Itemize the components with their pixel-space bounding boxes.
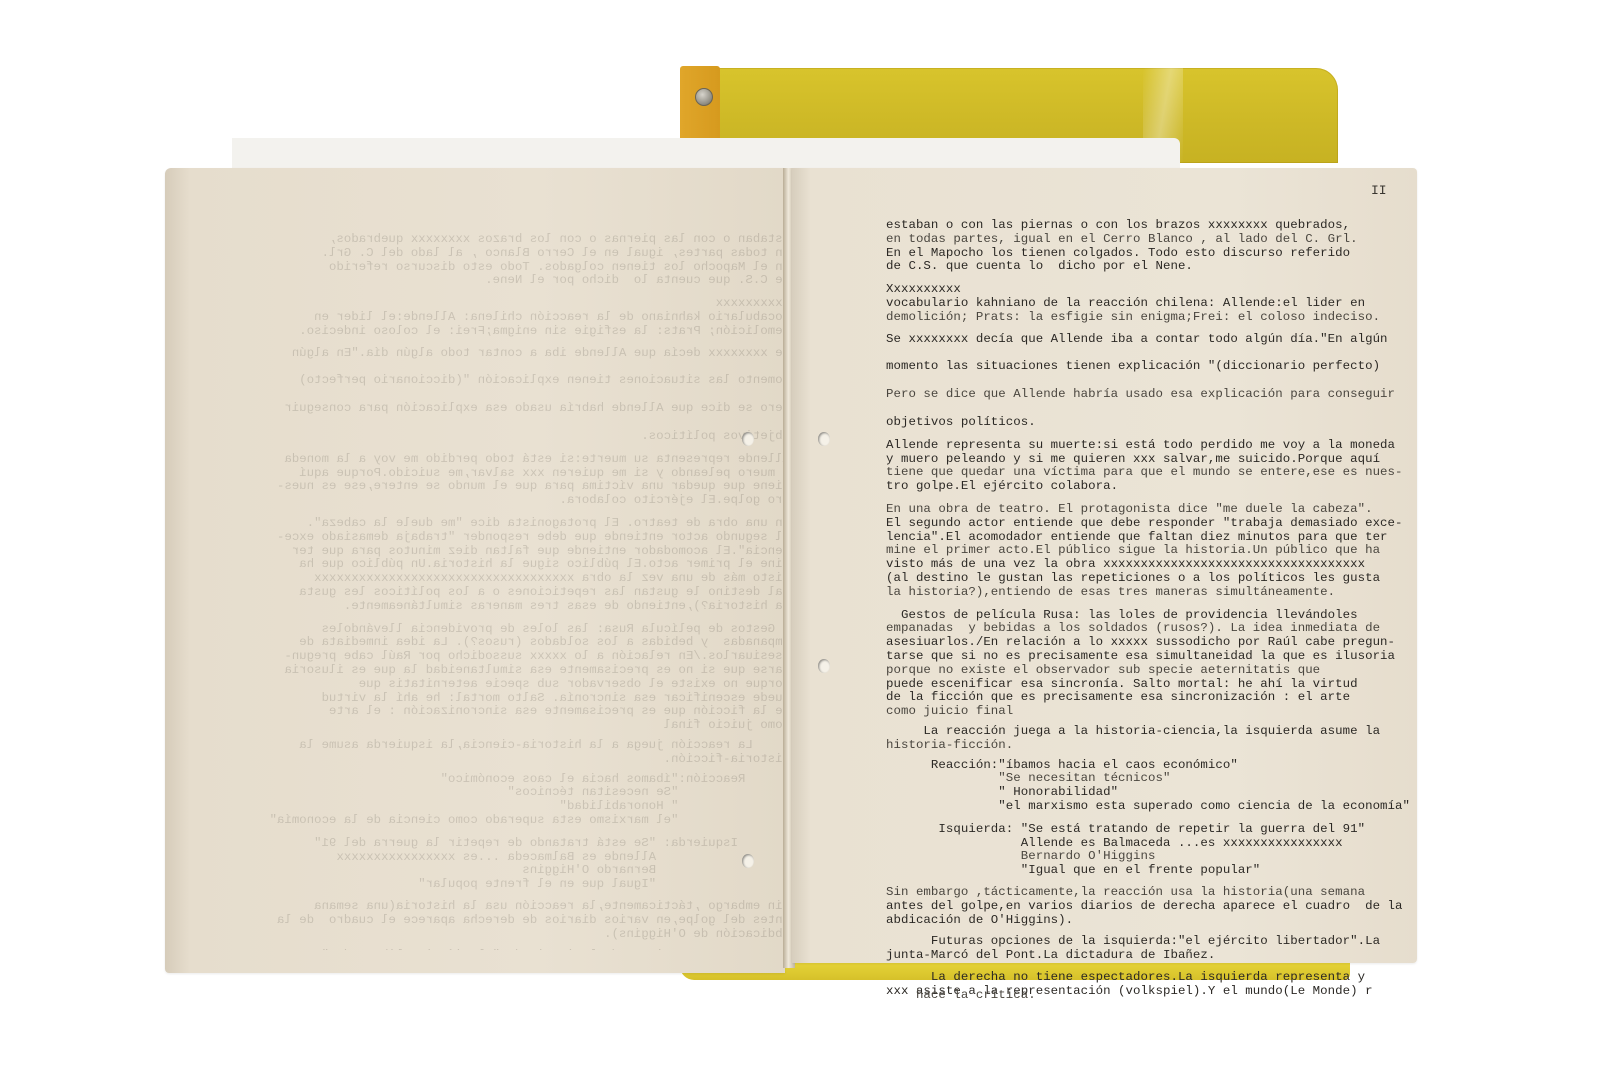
typed-line: Se xxxxxxxx decía que Allende iba a cont… [886,333,1388,347]
typed-line: "Se necesitan técnicos" [886,772,1170,786]
bleed-line: mine el primer acto.El público sigue la … [299,558,790,572]
typed-line: puede escenificar esa sincronía. Salto m… [886,678,1358,692]
typed-line: estaban o con las piernas o con los braz… [886,219,1350,233]
typed-line: En el Mapocho los tienen colgados. Todo … [886,247,1350,261]
bleed-line: asesiuarlos./En relación a lo xxxxx suss… [284,650,790,664]
typed-line: tiene que quedar una víctima para que el… [886,466,1403,480]
typed-line: tarse que si no es precisamente esa simu… [886,650,1395,664]
bleed-line: estaban o con las piernas o con los braz… [329,233,790,247]
typed-line: "Igual que en el frente popular" [886,864,1260,878]
typed-line: historia-ficción. [886,739,1013,753]
typed-line: La derecha no tiene espectadores.La isqu… [886,971,1365,985]
typed-line: lencia".El acomodador entiende que falta… [886,531,1388,545]
typed-line: Bernardo O'Higgins [886,850,1155,864]
bleed-line: abdicación de O'Higgins). [604,928,790,942]
bleed-line: historia-ficción. [664,753,790,767]
typed-line: La reacción juega a la historia-ciencia,… [886,725,1380,739]
bleed-line: momento las situaciones tienen explicaci… [299,374,790,388]
typed-line: Isquierda: "Se está tratando de repetir … [886,823,1365,837]
typed-line: de la ficción que es precisamente esa si… [886,691,1350,705]
bleed-line: objetivos políticos. [641,430,790,444]
typed-line: antes del golpe,en varios diarios de der… [886,900,1403,914]
bleed-line: como juicio final [664,719,790,733]
bleed-line: Gestos de película Rusa: las loles de pr… [322,623,790,637]
bleed-line: empanadas y bebidas a los soldados (ruso… [299,636,790,650]
bleed-line: Futuras opciones de la isquierda:"el ejé… [299,949,790,950]
typed-line: Allende es Balmaceda ...es xxxxxxxxxxxxx… [886,837,1343,851]
bleed-line: puede escenificar esa sincronía. Salto m… [322,692,790,706]
typed-line: junta-Marcó del Pont.La dictadura de Iba… [886,949,1215,963]
bleed-line: Pero se dice que Allende habría usado es… [284,402,790,416]
bleed-line: La reacción juega a la historia-ciencia,… [299,739,790,753]
typed-line: objetivos políticos. [886,416,1036,430]
bleed-line: lencia".El acomodador entiende que falta… [292,545,790,559]
bleed-line: en todas partes, igual en el Cerro Blanc… [322,247,790,261]
typed-line: hace la crítica. [886,989,1036,1003]
typed-line: Pero se dice que Allende habría usado es… [886,388,1395,402]
page-number: II [1371,183,1387,198]
bleed-line: de C.S. que cuenta lo dicho por el Nene. [485,274,790,288]
bleed-line: En una obra de teatro. El protagonista d… [307,517,790,531]
bleed-line: Allende es Balmaceda ...es xxxxxxxxxxxxx… [336,851,790,865]
bleed-line: vocabulario kahniano de la reacción chil… [314,311,790,325]
typed-line: momento las situaciones tienen explicaci… [886,360,1380,374]
bleed-line: demolición; Prats: la esfigie sin enigma… [299,325,790,339]
bleed-line: Isquierda: "Se está tratando de repetir … [314,837,790,851]
bleed-line: El segundo actor entiende que debe respo… [277,531,790,545]
bleed-line: tiene que quedar una víctima para que el… [277,480,790,494]
typed-line: (al destino le gustan las repeticiones o… [886,572,1380,586]
bleed-line: (al destino le gustan las repeticiones o… [299,586,790,600]
typed-line: " Honorabilidad" [886,786,1118,800]
punch-hole-left-lower [742,854,754,868]
typed-line: Reacción:"íbamos hacia el caos económico… [886,759,1238,773]
bleed-line: Xxxxxxxxxx [716,297,790,311]
typed-line: Xxxxxxxxxx [886,283,961,297]
bleed-line: porque no existe el observador sub speci… [359,678,790,692]
typed-line: en todas partes, igual en el Cerro Blanc… [886,233,1358,247]
bleed-line: y muero peleando y si me quieren xxx sal… [299,467,790,481]
bleed-line: "Igual que en el frente popular" [418,878,790,892]
bleed-line: de la ficción que es precisamente esa si… [329,705,790,719]
bleed-line: En el Mapocho los tienen colgados. Todo … [329,261,790,275]
bleed-line: visto más de una vez la obra xxxxxxxxxxx… [314,572,790,586]
bleed-line: Allende representa su muerte:si está tod… [284,453,790,467]
bleed-line: Sin embargo ,tácticamente,la reacción us… [314,900,790,914]
bleed-line: Se xxxxxxxx decía que Allende iba a cont… [292,347,790,361]
typed-line: "el marxismo esta superado como ciencia … [886,800,1410,814]
typed-line: empanadas y bebidas a los soldados (ruso… [886,622,1380,636]
typed-line: tro golpe.El ejército colabora. [886,480,1118,494]
typed-line: de C.S. que cuenta lo dicho por el Nene. [886,260,1193,274]
bleed-line: " Honorabilidad" [559,800,790,814]
bleed-line: "Se necesitan técnicos" [507,786,790,800]
punch-hole-right-lower [818,659,830,673]
typed-line: visto más de una vez la obra xxxxxxxxxxx… [886,558,1365,572]
typed-line: demolición; Prats: la esfigie sin enigma… [886,311,1380,325]
typed-line: como juicio final [886,705,1013,719]
bleed-line: tarse que si no es precisamente esa simu… [284,664,790,678]
typed-line: Futuras opciones de la isquierda:"el ejé… [886,935,1380,949]
left-page-bleed-through: estaban o con las piernas o con los braz… [210,170,790,950]
typed-line: Sin embargo ,tácticamente,la reacción us… [886,886,1365,900]
typed-line: Gestos de película Rusa: las loles de pr… [886,609,1358,623]
bleed-line: tro golpe.El ejército colabora. [559,494,790,508]
typed-line: asesiuarlos./En relación a lo xxxxx suss… [886,636,1395,650]
bleed-line: antes del golpe,en varios diarios de der… [277,914,790,928]
bleed-line: Reacción:"íbamos hacia el caos económico… [441,773,790,787]
typed-line: abdicación de O'Higgins). [886,914,1073,928]
bleed-line: "el marxismo esta superado como ciencia … [270,814,791,828]
typed-line: El segundo actor entiende que debe respo… [886,517,1403,531]
bleed-line: la historia?),entiendo de esas tres mane… [344,600,790,614]
typed-line: porque no existe el observador sub speci… [886,664,1320,678]
typed-line: En una obra de teatro. El protagonista d… [886,503,1373,517]
binder-rivet-icon [695,88,713,106]
typed-line: y muero peleando y si me quieren xxx sal… [886,453,1380,467]
typed-line: vocabulario kahniano de la reacción chil… [886,297,1365,311]
punch-hole-left-upper [742,432,754,446]
typed-line: mine el primer acto.El público sigue la … [886,544,1380,558]
typed-line: la historia?),entiendo de esas tres mane… [886,586,1335,600]
typed-line: Allende representa su muerte:si está tod… [886,439,1395,453]
punch-hole-right-upper [818,432,830,446]
